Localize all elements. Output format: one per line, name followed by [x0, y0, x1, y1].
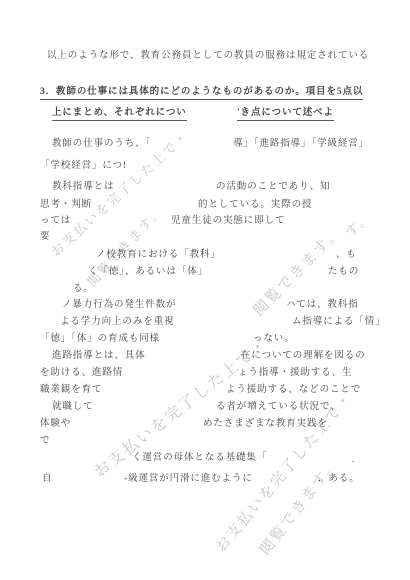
text-segment: ム指導による「情」	[292, 313, 386, 327]
text-segment: の活動のことであり、知	[216, 178, 330, 192]
text-segment: 教師の仕事のうち、「	[52, 135, 151, 149]
document-line: で	[0, 432, 410, 446]
document-line: 自-級運営が円滑に進むように．ある。	[0, 470, 410, 484]
text-segment: 在についての理解を図るの	[241, 347, 366, 361]
text-segment: 以上のような形で、教育公務員としての教員の服務は規定されている	[47, 47, 369, 61]
text-segment: 上にまとめ、それぞれについ	[52, 104, 187, 121]
text-segment: 「学校経営」につ!	[40, 157, 127, 171]
document-line: 職業観を育てよう援助する、などのことで	[0, 381, 410, 395]
text-segment: 進路指導とは、具体	[52, 347, 146, 361]
document-line: ノ校教育における「教科」、も	[0, 246, 410, 260]
document-page: お支払いを完了した上で・閲覧できます。閲覧できます。す。お支払いを完了した上で・…	[0, 0, 410, 580]
document-line: る。	[0, 280, 410, 294]
text-segment: 要	[40, 228, 50, 242]
document-line: 以上のような形で、教育公務員としての教員の服務は規定されている	[0, 47, 410, 61]
text-segment: -級運営が円滑に進むように	[124, 470, 253, 484]
text-segment: 的としている。実際の授	[198, 196, 312, 210]
text-segment: 就職して	[52, 398, 94, 412]
document-line: 体験やめたさまざまな教育実践を	[0, 415, 410, 429]
document-line: 思考・判断的としている。実際の授	[0, 196, 410, 210]
text-segment: っては	[40, 212, 71, 226]
document-line: 上にまとめ、それぞれについ'き点について述べよ	[0, 104, 410, 118]
text-segment: めたさまざまな教育実践を	[203, 415, 328, 429]
text-segment: 導」「進路指導」「学級経営」	[233, 135, 369, 149]
text-segment: .	[352, 455, 355, 465]
text-segment: ノ校教育における「教科」	[96, 246, 221, 260]
text-segment: よう援助する、などのことで	[226, 381, 361, 395]
text-segment: る。	[73, 280, 94, 294]
text-segment: 自	[42, 470, 52, 484]
document-line: 3．教師の仕事には具体的にどのようなものがあるのか。項目を5点以	[0, 83, 410, 97]
document-line: ノ暴力行為の発生件数がハては、教科指	[0, 296, 410, 310]
text-segment: ノ暴力行為の発生件数が	[62, 296, 176, 310]
document-line: っては児童生徒の実態に即して	[0, 212, 410, 226]
document-line: 教科指導とはの活動のことであり、知	[0, 178, 410, 192]
text-segment: 教科指導とは	[52, 178, 114, 192]
text-segment: 'き点について述べよ	[237, 104, 334, 121]
text-segment: 、も	[336, 246, 357, 260]
text-segment: 体験や	[40, 415, 71, 429]
document-line: 要	[0, 228, 410, 242]
text-segment: 「徳」「体」の育成も同様	[40, 330, 160, 344]
text-segment: 職業観を育て	[40, 381, 102, 395]
text-segment: る者が増えている状況で、	[216, 398, 341, 412]
document-line: を助ける、進路情ょう指導・援助する、生	[0, 364, 410, 378]
text-segment: で	[40, 432, 50, 446]
document-line: 「学校経営」につ!	[0, 157, 410, 171]
document-line: 「徳」「体」の育成も同様っない。	[0, 330, 410, 344]
text-segment: よる学力向上のみを重視	[60, 313, 174, 327]
document-line: 就職してる者が増えている状況で、	[0, 398, 410, 412]
document-line: .	[0, 455, 410, 469]
text-segment: ょう指導・援助する、生	[238, 364, 352, 378]
document-line: く「徳」、あるいは「体」たもの	[0, 263, 410, 277]
text-segment: を助ける、進路情	[40, 364, 123, 378]
text-segment: っない。	[253, 330, 295, 344]
text-segment: く「徳」、あるいは「体」	[88, 263, 208, 277]
text-segment: 3．教師の仕事には具体的にどのようなものがあるのか。項目を5点以	[40, 83, 363, 100]
text-segment: 思考・判断	[40, 196, 92, 210]
text-segment: たもの	[328, 263, 359, 277]
text-segment: ．ある。	[318, 470, 360, 484]
document-line: よる学力向上のみを重視ム指導による「情」	[0, 313, 410, 327]
text-segment: ハては、教科指	[286, 296, 359, 310]
document-line: 教師の仕事のうち、「導」「進路指導」「学級経営」	[0, 135, 410, 149]
document-line: 進路指導とは、具体在についての理解を図るの	[0, 347, 410, 361]
text-segment: 児童生徒の実態に即して	[171, 212, 285, 226]
